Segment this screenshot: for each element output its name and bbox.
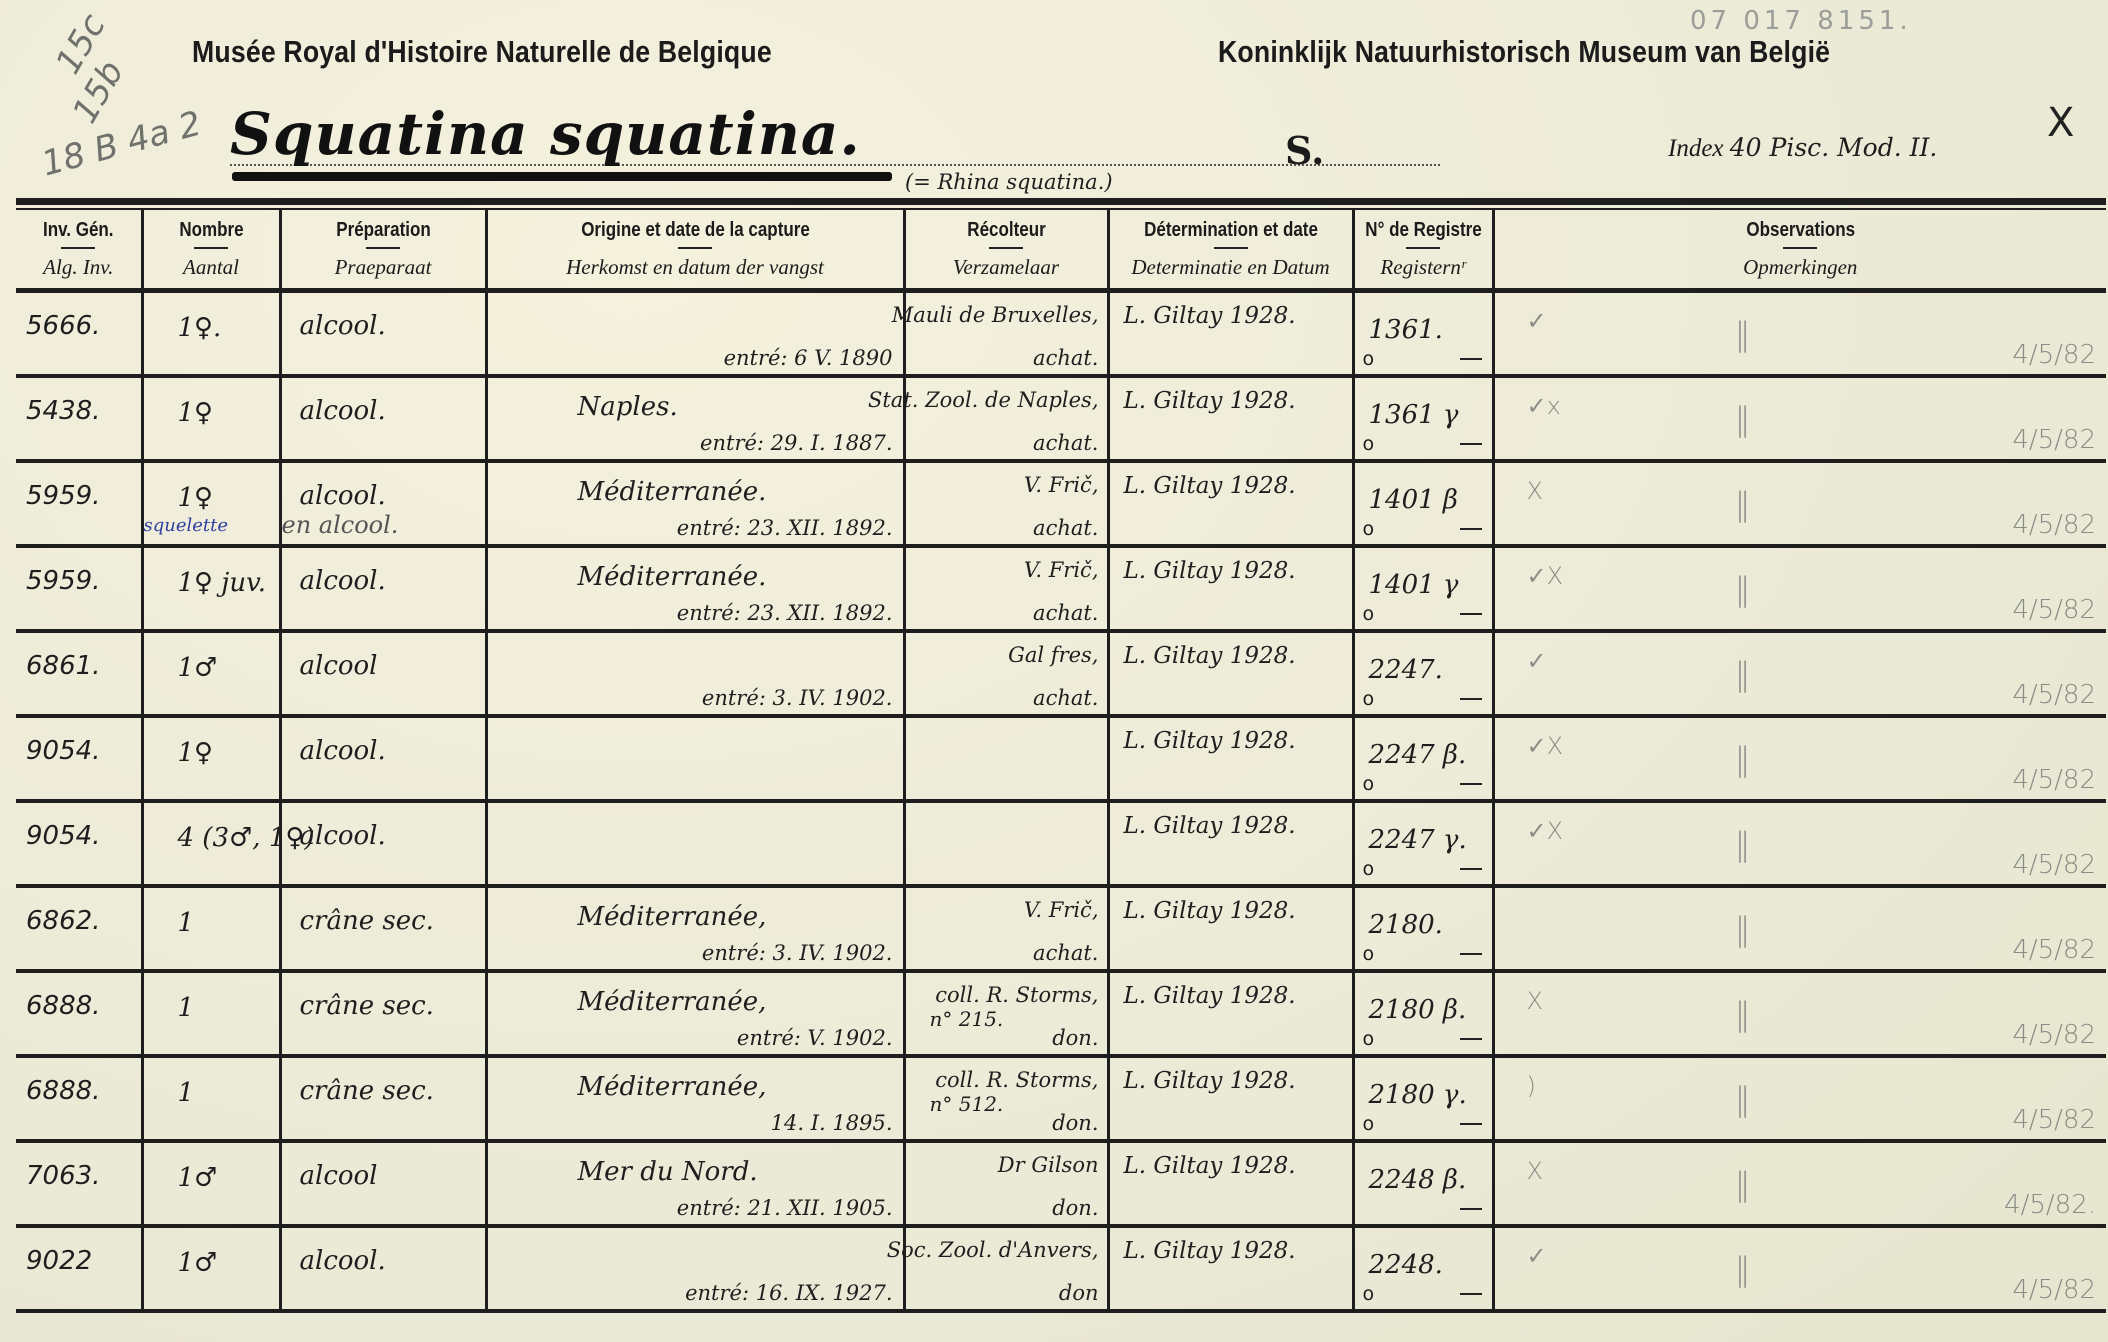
observation-date: 4/5/82 bbox=[2012, 425, 2096, 455]
cell-observations: ) ‖ 4/5/82 bbox=[1493, 1056, 2106, 1141]
species-name: Squatina squatina. bbox=[230, 100, 861, 168]
check-mark: ✓X bbox=[1527, 817, 1564, 845]
ditto-mark: ‖ bbox=[1735, 1165, 1751, 1203]
column-header-1: Nombre Aantal bbox=[142, 210, 280, 291]
collector: coll. R. Storms, bbox=[935, 983, 1098, 1007]
cell-collector: Mauli de Bruxelles, achat. bbox=[904, 291, 1108, 377]
collector-number: n° 512. bbox=[930, 1092, 1004, 1116]
inventory-number: 5959. bbox=[26, 566, 100, 596]
cell-observations: ✓X ‖ 4/5/82 bbox=[1493, 716, 2106, 801]
collector: Gal fres, bbox=[1008, 643, 1098, 667]
column-header-divider bbox=[989, 247, 1023, 249]
register-dash-mark bbox=[1460, 613, 1482, 615]
register-number: 1361 γ bbox=[1369, 400, 1459, 430]
index-reference: Index 40 Pisc. Mod. II. bbox=[1668, 133, 1937, 163]
cell-determination: L. Giltay 1928. bbox=[1108, 886, 1353, 971]
cell-observations: X ‖ 4/5/82 bbox=[1493, 971, 2106, 1056]
margin-notes: 15c 15b 18 B 4a 2 bbox=[40, 24, 230, 174]
collector: coll. R. Storms, bbox=[935, 1068, 1098, 1092]
cell-register: 1361. o bbox=[1353, 291, 1493, 377]
acquisition-type: don. bbox=[1052, 1111, 1098, 1135]
column-header-6: N° de Registre Registernʳ bbox=[1353, 210, 1493, 291]
preparation: alcool. bbox=[300, 566, 386, 596]
cell-observations: ✓X ‖ 4/5/82 bbox=[1493, 801, 2106, 886]
cell-preparation: alcool. bbox=[280, 1226, 486, 1311]
institution-name-nl: Koninklijk Natuurhistorisch Museum van B… bbox=[1218, 34, 1830, 70]
cell-determination: L. Giltay 1928. bbox=[1108, 291, 1353, 377]
register-dash-mark bbox=[1460, 698, 1482, 700]
acquisition-type: achat. bbox=[1033, 516, 1098, 540]
collector: V. Frič, bbox=[1024, 473, 1099, 497]
cell-origin: Méditerranée. entré: 23. XII. 1892. bbox=[486, 461, 904, 546]
observation-date: 4/5/82 bbox=[2012, 595, 2096, 625]
cell-collector: V. Frič, achat. bbox=[904, 461, 1108, 546]
check-mark: ✓ bbox=[1527, 307, 1547, 335]
cell-nombre: 1♀. bbox=[142, 291, 280, 377]
preparation: alcool bbox=[300, 651, 378, 681]
cell-observations: ✓x ‖ 4/5/82 bbox=[1493, 376, 2106, 461]
ditto-mark: ‖ bbox=[1735, 400, 1751, 438]
observation-date: 4/5/82 bbox=[2012, 935, 2096, 965]
preparation: alcool. bbox=[300, 311, 386, 341]
column-header-nl: Alg. Inv. bbox=[16, 255, 141, 280]
cell-origin: Méditerranée. entré: 23. XII. 1892. bbox=[486, 546, 904, 631]
register-dash-mark bbox=[1460, 1123, 1482, 1125]
determination: L. Giltay 1928. bbox=[1124, 813, 1296, 839]
register-circle-mark: o bbox=[1363, 1283, 1375, 1305]
cell-nombre: 1 bbox=[142, 1056, 280, 1141]
preparation: alcool bbox=[300, 1161, 378, 1191]
cell-register: 2248 β. bbox=[1353, 1141, 1493, 1226]
column-header-nl: Aantal bbox=[144, 255, 279, 280]
preparation: crâne sec. bbox=[300, 906, 434, 936]
acquisition-type: achat. bbox=[1033, 941, 1098, 965]
cell-determination: L. Giltay 1928. bbox=[1108, 716, 1353, 801]
ditto-mark: ‖ bbox=[1735, 740, 1751, 778]
specimen-count: 1♀ bbox=[178, 398, 214, 428]
column-header-divider bbox=[678, 247, 712, 249]
column-header-7: Observations Opmerkingen bbox=[1493, 210, 2106, 291]
ditto-mark: ‖ bbox=[1735, 995, 1751, 1033]
cell-nombre: 1♂ bbox=[142, 631, 280, 716]
inventory-number: 5666. bbox=[26, 311, 100, 341]
cell-inv: 5438. bbox=[16, 376, 142, 461]
acquisition-type: don. bbox=[1052, 1196, 1098, 1220]
cell-register: 2180 γ. o bbox=[1353, 1056, 1493, 1141]
column-header-fr: Inv. Gén. bbox=[25, 219, 131, 242]
table-row: 5666. 1♀. alcool. entré: 6 V. 1890 Mauli… bbox=[16, 291, 2106, 377]
cell-origin: entré: 16. IX. 1927. bbox=[486, 1226, 904, 1311]
specimen-count: 1 bbox=[178, 1078, 195, 1108]
cell-register: 1361 γ o bbox=[1353, 376, 1493, 461]
check-mark: ✓x bbox=[1527, 392, 1561, 420]
collector-number: n° 215. bbox=[930, 1007, 1004, 1031]
cell-nombre: 1 bbox=[142, 971, 280, 1056]
table-header-row: Inv. Gén. Alg. Inv. Nombre Aantal Prépar… bbox=[16, 210, 2106, 291]
species-symbol: S. bbox=[1285, 128, 1324, 173]
register-number: 2248. bbox=[1369, 1250, 1443, 1280]
cell-collector: V. Frič, achat. bbox=[904, 546, 1108, 631]
acquisition-type: achat. bbox=[1033, 601, 1098, 625]
observation-date: 4/5/82 bbox=[2012, 765, 2096, 795]
cell-preparation: crâne sec. bbox=[280, 971, 486, 1056]
check-mark: ✓X bbox=[1527, 562, 1564, 590]
register-circle-mark: o bbox=[1363, 433, 1375, 455]
register-circle-mark: o bbox=[1363, 1113, 1375, 1135]
collector: V. Frič, bbox=[1024, 558, 1099, 582]
cell-observations: ✓X ‖ 4/5/82 bbox=[1493, 546, 2106, 631]
ditto-mark: ‖ bbox=[1735, 570, 1751, 608]
table-row: 6861. 1♂ alcool entré: 3. IV. 1902. Gal … bbox=[16, 631, 2106, 716]
register-number: 2180. bbox=[1369, 910, 1443, 940]
check-mark: X bbox=[1527, 477, 1543, 505]
origin-place: Naples. bbox=[578, 392, 678, 422]
determination: L. Giltay 1928. bbox=[1124, 1238, 1296, 1264]
determination: L. Giltay 1928. bbox=[1124, 473, 1296, 499]
check-mark: ✓X bbox=[1527, 732, 1564, 760]
register-dash-mark bbox=[1460, 358, 1482, 360]
register-circle-mark: o bbox=[1363, 943, 1375, 965]
cell-register: 1401 β o bbox=[1353, 461, 1493, 546]
cell-register: 2247. o bbox=[1353, 631, 1493, 716]
column-header-nl: Praeparaat bbox=[282, 255, 485, 280]
register-number: 2180 γ. bbox=[1369, 1080, 1467, 1110]
determination: L. Giltay 1928. bbox=[1124, 388, 1296, 414]
column-header-5: Détermination et date Determinatie en Da… bbox=[1108, 210, 1353, 291]
origin-date: entré: 3. IV. 1902. bbox=[702, 686, 893, 710]
column-header-divider bbox=[194, 247, 228, 249]
specimen-count: 1♂ bbox=[178, 1163, 218, 1193]
cell-preparation: alcool. bbox=[280, 716, 486, 801]
origin-place: Méditerranée, bbox=[578, 902, 767, 932]
cell-collector bbox=[904, 716, 1108, 801]
register-circle-mark: o bbox=[1363, 773, 1375, 795]
collector: Stat. Zool. de Naples, bbox=[868, 388, 1099, 412]
acquisition-type: don bbox=[1059, 1281, 1099, 1305]
acquisition-type: achat. bbox=[1033, 686, 1098, 710]
check-mark: ✓ bbox=[1527, 1242, 1547, 1270]
cell-preparation: crâne sec. bbox=[280, 886, 486, 971]
inventory-number: 9054. bbox=[26, 736, 100, 766]
column-header-fr: Observations bbox=[1540, 219, 2060, 242]
synonym-note: (= Rhina squatina.) bbox=[905, 170, 1113, 194]
table-top-rule bbox=[16, 198, 2106, 205]
origin-place: Méditerranée. bbox=[578, 477, 767, 507]
acquisition-type: achat. bbox=[1033, 346, 1098, 370]
cell-inv: 9054. bbox=[16, 801, 142, 886]
cell-register: 2247 γ. o bbox=[1353, 801, 1493, 886]
inventory-number: 6888. bbox=[26, 991, 100, 1021]
column-header-fr: Récolteur bbox=[921, 219, 1092, 242]
determination: L. Giltay 1928. bbox=[1124, 728, 1296, 754]
cell-preparation: crâne sec. bbox=[280, 1056, 486, 1141]
table-row: 5438. 1♀ alcool. Naples. entré: 29. I. 1… bbox=[16, 376, 2106, 461]
collector: Mauli de Bruxelles, bbox=[892, 303, 1099, 327]
check-mark: ) bbox=[1527, 1072, 1536, 1100]
corner-mark: X bbox=[2047, 100, 2074, 146]
table-row: 5959. 1♀ juv. alcool. Méditerranée. entr… bbox=[16, 546, 2106, 631]
cell-nombre: 1♂ bbox=[142, 1141, 280, 1226]
origin-date: entré: V. 1902. bbox=[737, 1026, 893, 1050]
origin-place: Méditerranée. bbox=[578, 562, 767, 592]
table-row: 9054. 4 (3♂, 1♀) alcool. L. Giltay 1928.… bbox=[16, 801, 2106, 886]
institution-name-fr: Musée Royal d'Histoire Naturelle de Belg… bbox=[192, 34, 772, 70]
cell-origin: Méditerranée, 14. I. 1895. bbox=[486, 1056, 904, 1141]
cell-origin: Méditerranée, entré: V. 1902. bbox=[486, 971, 904, 1056]
column-header-0: Inv. Gén. Alg. Inv. bbox=[16, 210, 142, 291]
specimen-register-table: Inv. Gén. Alg. Inv. Nombre Aantal Prépar… bbox=[16, 210, 2106, 1313]
cell-origin: entré: 3. IV. 1902. bbox=[486, 631, 904, 716]
cell-collector bbox=[904, 801, 1108, 886]
column-header-fr: Origine et date de la capture bbox=[519, 219, 872, 242]
determination: L. Giltay 1928. bbox=[1124, 643, 1296, 669]
cell-inv: 5666. bbox=[16, 291, 142, 377]
cell-collector: Dr Gilson don. bbox=[904, 1141, 1108, 1226]
observation-date: 4/5/82. bbox=[2004, 1190, 2096, 1220]
origin-place: Méditerranée, bbox=[578, 987, 767, 1017]
cell-observations: ✓ ‖ 4/5/82 bbox=[1493, 291, 2106, 377]
cell-nombre: 1♀ squelette bbox=[142, 461, 280, 546]
origin-date: entré: 16. IX. 1927. bbox=[685, 1281, 892, 1305]
column-header-divider bbox=[366, 247, 400, 249]
acquisition-type: don. bbox=[1052, 1026, 1098, 1050]
ditto-mark: ‖ bbox=[1735, 1080, 1751, 1118]
cell-preparation: alcool. bbox=[280, 546, 486, 631]
preparation-note: en alcool. bbox=[282, 511, 399, 539]
column-header-divider bbox=[61, 247, 95, 249]
table-row: 6888. 1 crâne sec. Méditerranée, 14. I. … bbox=[16, 1056, 2106, 1141]
cell-determination: L. Giltay 1928. bbox=[1108, 1226, 1353, 1311]
cell-collector: V. Frič, achat. bbox=[904, 886, 1108, 971]
register-circle-mark: o bbox=[1363, 518, 1375, 540]
determination: L. Giltay 1928. bbox=[1124, 898, 1296, 924]
column-header-fr: Nombre bbox=[154, 219, 269, 242]
origin-date: 14. I. 1895. bbox=[771, 1111, 893, 1135]
cell-determination: L. Giltay 1928. bbox=[1108, 546, 1353, 631]
column-header-2: Préparation Praeparaat bbox=[280, 210, 486, 291]
register-number: 1361. bbox=[1369, 315, 1443, 345]
inventory-number: 6862. bbox=[26, 906, 100, 936]
specimen-count: 1♂ bbox=[178, 1248, 218, 1278]
determination: L. Giltay 1928. bbox=[1124, 1153, 1296, 1179]
register-circle-mark: o bbox=[1363, 858, 1375, 880]
cell-determination: L. Giltay 1928. bbox=[1108, 1141, 1353, 1226]
cell-collector: coll. R. Storms, n° 215. don. bbox=[904, 971, 1108, 1056]
cell-register: 2180 β. o bbox=[1353, 971, 1493, 1056]
ditto-mark: ‖ bbox=[1735, 1250, 1751, 1288]
register-dash-mark bbox=[1460, 1038, 1482, 1040]
register-dash-mark bbox=[1460, 783, 1482, 785]
cell-inv: 6861. bbox=[16, 631, 142, 716]
table-row: 9054. 1♀ alcool. L. Giltay 1928. 2247 β.… bbox=[16, 716, 2106, 801]
specimen-count: 1♀. bbox=[178, 313, 222, 343]
observation-date: 4/5/82 bbox=[2012, 1275, 2096, 1305]
register-dash-mark bbox=[1460, 868, 1482, 870]
cell-inv: 9054. bbox=[16, 716, 142, 801]
preparation: alcool. bbox=[300, 396, 386, 426]
ditto-mark: ‖ bbox=[1735, 655, 1751, 693]
column-header-divider bbox=[1783, 247, 1817, 249]
cell-nombre: 4 (3♂, 1♀) bbox=[142, 801, 280, 886]
column-header-divider bbox=[1214, 247, 1248, 249]
determination: L. Giltay 1928. bbox=[1124, 303, 1296, 329]
register-dash-mark bbox=[1460, 1293, 1482, 1295]
specimen-count: 1♀ bbox=[178, 738, 214, 768]
observation-date: 4/5/82 bbox=[2012, 680, 2096, 710]
origin-place: Mer du Nord. bbox=[578, 1157, 758, 1187]
cell-inv: 5959. bbox=[16, 461, 142, 546]
preparation: alcool. bbox=[300, 1246, 386, 1276]
specimen-count: 1 bbox=[178, 993, 195, 1023]
cell-preparation: alcool. bbox=[280, 376, 486, 461]
cell-nombre: 1♀ bbox=[142, 376, 280, 461]
table-row: 6888. 1 crâne sec. Méditerranée, entré: … bbox=[16, 971, 2106, 1056]
cell-determination: L. Giltay 1928. bbox=[1108, 801, 1353, 886]
register-circle-mark: o bbox=[1363, 348, 1375, 370]
margin-note: 18 B 4a 2 bbox=[38, 104, 206, 185]
ditto-mark: ‖ bbox=[1735, 315, 1751, 353]
index-label: Index bbox=[1668, 135, 1724, 162]
cell-register: 1401 γ o bbox=[1353, 546, 1493, 631]
cell-preparation: alcool bbox=[280, 631, 486, 716]
check-mark: X bbox=[1527, 1157, 1543, 1185]
determination: L. Giltay 1928. bbox=[1124, 558, 1296, 584]
origin-date: entré: 6 V. 1890 bbox=[724, 346, 893, 370]
inventory-number: 9054. bbox=[26, 821, 100, 851]
cell-observations: X ‖ 4/5/82. bbox=[1493, 1141, 2106, 1226]
cell-inv: 6862. bbox=[16, 886, 142, 971]
cell-origin bbox=[486, 716, 904, 801]
column-header-nl: Determinatie en Datum bbox=[1110, 255, 1352, 280]
table-body: 5666. 1♀. alcool. entré: 6 V. 1890 Mauli… bbox=[16, 291, 2106, 1312]
register-number: 1401 β bbox=[1369, 485, 1458, 515]
check-mark: X bbox=[1527, 987, 1543, 1015]
cell-register: 2180. o bbox=[1353, 886, 1493, 971]
catalog-number: 07 017 8151. bbox=[1690, 6, 1912, 36]
cell-collector: Stat. Zool. de Naples, achat. bbox=[904, 376, 1108, 461]
index-value: 40 Pisc. Mod. II. bbox=[1730, 133, 1938, 162]
observation-date: 4/5/82 bbox=[2012, 340, 2096, 370]
cell-origin: Mer du Nord. entré: 21. XII. 1905. bbox=[486, 1141, 904, 1226]
observation-date: 4/5/82 bbox=[2012, 1105, 2096, 1135]
observation-date: 4/5/82 bbox=[2012, 850, 2096, 880]
column-header-4: Récolteur Verzamelaar bbox=[904, 210, 1108, 291]
inventory-number: 5438. bbox=[26, 396, 100, 426]
inventory-number: 6888. bbox=[26, 1076, 100, 1106]
cell-observations: X ‖ 4/5/82 bbox=[1493, 461, 2106, 546]
cell-inv: 5959. bbox=[16, 546, 142, 631]
cell-collector: coll. R. Storms, n° 512. don. bbox=[904, 1056, 1108, 1141]
cell-nombre: 1♀ bbox=[142, 716, 280, 801]
cell-preparation: alcool. bbox=[280, 291, 486, 377]
register-number: 2247 γ. bbox=[1369, 825, 1467, 855]
origin-date: entré: 29. I. 1887. bbox=[700, 431, 892, 455]
preparation: alcool. bbox=[300, 821, 386, 851]
register-number: 1401 γ bbox=[1369, 570, 1459, 600]
register-number: 2247 β. bbox=[1369, 740, 1467, 770]
inventory-number: 7063. bbox=[26, 1161, 100, 1191]
cell-observations: ✓ ‖ 4/5/82 bbox=[1493, 1226, 2106, 1311]
cell-collector: Soc. Zool. d'Anvers, don bbox=[904, 1226, 1108, 1311]
preparation: alcool. bbox=[300, 481, 386, 511]
column-header-fr: N° de Registre bbox=[1365, 219, 1481, 242]
preparation: alcool. bbox=[300, 736, 386, 766]
column-header-nl: Opmerkingen bbox=[1495, 255, 2107, 280]
table-row: 5959. 1♀ squelette alcool. en alcool. Mé… bbox=[16, 461, 2106, 546]
register-circle-mark: o bbox=[1363, 1028, 1375, 1050]
cell-origin bbox=[486, 801, 904, 886]
column-header-fr: Détermination et date bbox=[1128, 219, 1334, 242]
origin-date: entré: 23. XII. 1892. bbox=[677, 516, 893, 540]
observation-date: 4/5/82 bbox=[2012, 510, 2096, 540]
cell-inv: 9022 bbox=[16, 1226, 142, 1311]
register-dash-mark bbox=[1460, 443, 1482, 445]
inventory-number: 5959. bbox=[26, 481, 100, 511]
cell-determination: L. Giltay 1928. bbox=[1108, 461, 1353, 546]
observation-date: 4/5/82 bbox=[2012, 1020, 2096, 1050]
column-header-nl: Herkomst en datum der vangst bbox=[488, 255, 903, 280]
column-header-nl: Registernʳ bbox=[1355, 255, 1492, 280]
column-header-divider bbox=[1406, 247, 1440, 249]
register-dash-mark bbox=[1460, 953, 1482, 955]
cell-origin: Méditerranée, entré: 3. IV. 1902. bbox=[486, 886, 904, 971]
specimen-count: 1♂ bbox=[178, 653, 218, 683]
cell-determination: L. Giltay 1928. bbox=[1108, 971, 1353, 1056]
register-circle-mark: o bbox=[1363, 603, 1375, 625]
ditto-mark: ‖ bbox=[1735, 485, 1751, 523]
cell-nombre: 1♀ juv. bbox=[142, 546, 280, 631]
collector: Soc. Zool. d'Anvers, bbox=[887, 1238, 1099, 1262]
cell-determination: L. Giltay 1928. bbox=[1108, 1056, 1353, 1141]
acquisition-type: achat. bbox=[1033, 431, 1098, 455]
table-row: 7063. 1♂ alcool Mer du Nord. entré: 21. … bbox=[16, 1141, 2106, 1226]
origin-place: Méditerranée, bbox=[578, 1072, 767, 1102]
column-header-nl: Verzamelaar bbox=[906, 255, 1107, 280]
cell-origin: entré: 6 V. 1890 bbox=[486, 291, 904, 377]
column-header-3: Origine et date de la capture Herkomst e… bbox=[486, 210, 904, 291]
cell-register: 2247 β. o bbox=[1353, 716, 1493, 801]
check-mark: ✓ bbox=[1527, 647, 1547, 675]
table-row: 6862. 1 crâne sec. Méditerranée, entré: … bbox=[16, 886, 2106, 971]
inventory-number: 9022 bbox=[26, 1246, 92, 1276]
specimen-count: 1 bbox=[178, 908, 195, 938]
determination: L. Giltay 1928. bbox=[1124, 1068, 1296, 1094]
collector: V. Frič, bbox=[1024, 898, 1099, 922]
register-number: 2180 β. bbox=[1369, 995, 1467, 1025]
count-note: squelette bbox=[144, 515, 229, 536]
specimen-count: 1♀ bbox=[178, 483, 214, 513]
cell-determination: L. Giltay 1928. bbox=[1108, 376, 1353, 461]
cell-preparation: alcool. en alcool. bbox=[280, 461, 486, 546]
cell-collector: Gal fres, achat. bbox=[904, 631, 1108, 716]
origin-date: entré: 3. IV. 1902. bbox=[702, 941, 893, 965]
collector: Dr Gilson bbox=[998, 1153, 1099, 1177]
cell-nombre: 1♂ bbox=[142, 1226, 280, 1311]
cell-preparation: alcool. bbox=[280, 801, 486, 886]
register-dash-mark bbox=[1460, 1208, 1482, 1210]
species-underline bbox=[232, 172, 892, 181]
cell-determination: L. Giltay 1928. bbox=[1108, 631, 1353, 716]
cell-observations: ✓ ‖ 4/5/82 bbox=[1493, 631, 2106, 716]
register-number: 2248 β. bbox=[1369, 1165, 1467, 1195]
cell-inv: 6888. bbox=[16, 971, 142, 1056]
determination: L. Giltay 1928. bbox=[1124, 983, 1296, 1009]
inventory-number: 6861. bbox=[26, 651, 100, 681]
preparation: crâne sec. bbox=[300, 1076, 434, 1106]
ditto-mark: ‖ bbox=[1735, 910, 1751, 948]
cell-nombre: 1 bbox=[142, 886, 280, 971]
cell-inv: 6888. bbox=[16, 1056, 142, 1141]
